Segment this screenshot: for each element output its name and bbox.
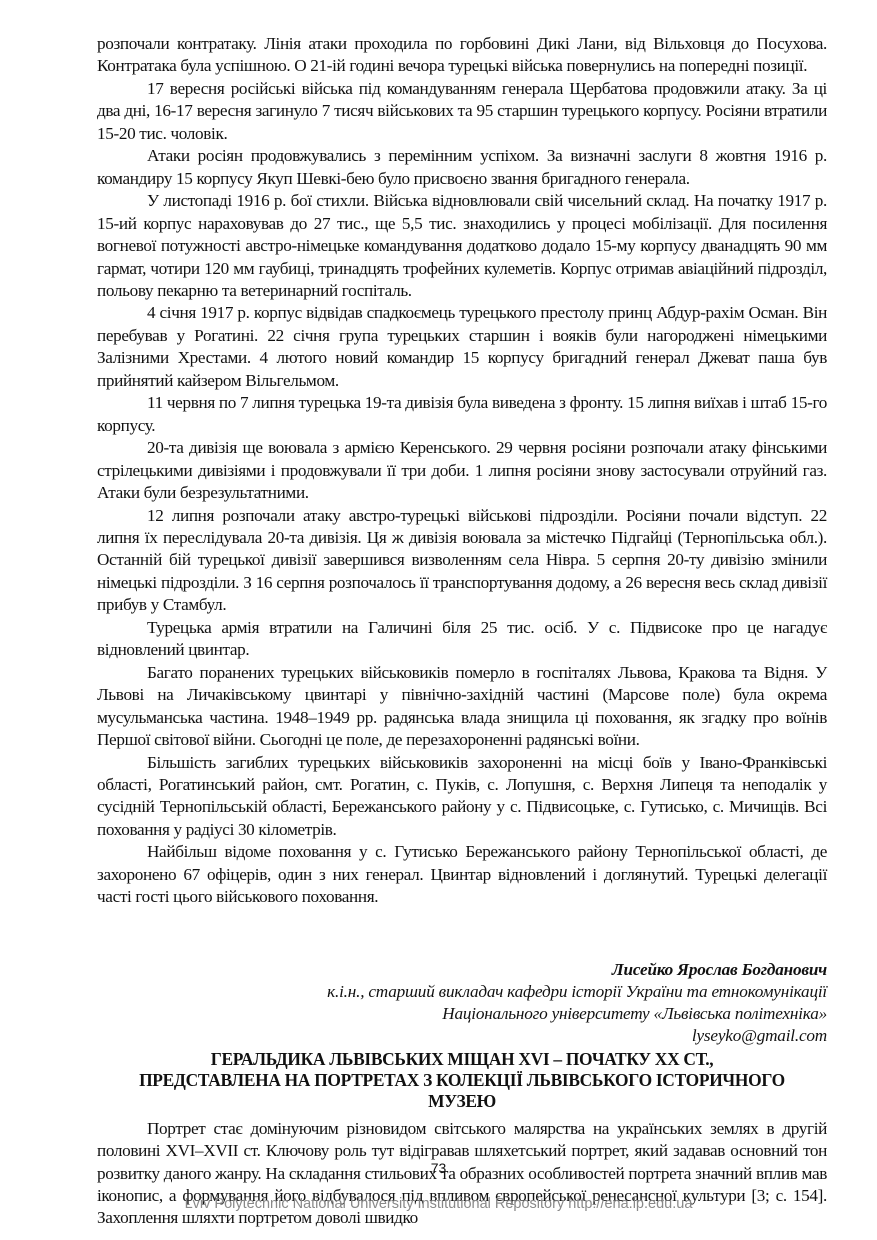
paragraph: У листопаді 1916 р. бої стихли. Війська … — [97, 190, 827, 302]
author-email: lyseyko@gmail.com — [97, 1025, 827, 1047]
author-block: Лисейко Ярослав Богданович к.і.н., старш… — [97, 959, 827, 1047]
repository-footer: Lviv Polytechnic National University Ins… — [0, 1196, 877, 1212]
paragraph: Атаки росіян продовжувались з перемінним… — [97, 145, 827, 190]
paragraph: Більшість загиблих турецьких військовикі… — [97, 752, 827, 842]
author-institution: Національного університету «Львівська по… — [97, 1003, 827, 1025]
paragraph: розпочали контратаку. Лінія атаки проход… — [97, 33, 827, 78]
article-title-line-3: МУЗЕЮ — [97, 1091, 827, 1112]
author-name: Лисейко Ярослав Богданович — [97, 959, 827, 981]
paragraph: Найбільш відоме поховання у с. Гутисько … — [97, 841, 827, 908]
paragraph: Турецька армія втратили на Галичині біля… — [97, 617, 827, 662]
paragraph: 17 вересня російські війська під команду… — [97, 78, 827, 145]
article-title: ГЕРАЛЬДИКА ЛЬВІВСЬКИХ МІЩАН XVI – ПОЧАТК… — [97, 1049, 827, 1112]
section-spacer — [97, 909, 827, 959]
author-position: к.і.н., старший викладач кафедри історії… — [97, 981, 827, 1003]
paragraph: 20-та дивізія ще воювала з армією Керенс… — [97, 437, 827, 504]
paragraph: Багато поранених турецьких військовиків … — [97, 662, 827, 752]
paragraph: 4 січня 1917 р. корпус відвідав спадкоєм… — [97, 302, 827, 392]
article-title-line-1: ГЕРАЛЬДИКА ЛЬВІВСЬКИХ МІЩАН XVI – ПОЧАТК… — [97, 1049, 827, 1070]
document-page: розпочали контратаку. Лінія атаки проход… — [97, 33, 827, 1230]
paragraph: 11 червня по 7 липня турецька 19-та диві… — [97, 392, 827, 437]
article-title-line-2: ПРЕДСТАВЛЕНА НА ПОРТРЕТАХ З КОЛЕКЦІЇ ЛЬВ… — [97, 1070, 827, 1091]
body-text-section-1: розпочали контратаку. Лінія атаки проход… — [97, 33, 827, 909]
page-number: 73 — [0, 1160, 877, 1176]
paragraph: 12 липня розпочали атаку австро-турецькі… — [97, 505, 827, 617]
